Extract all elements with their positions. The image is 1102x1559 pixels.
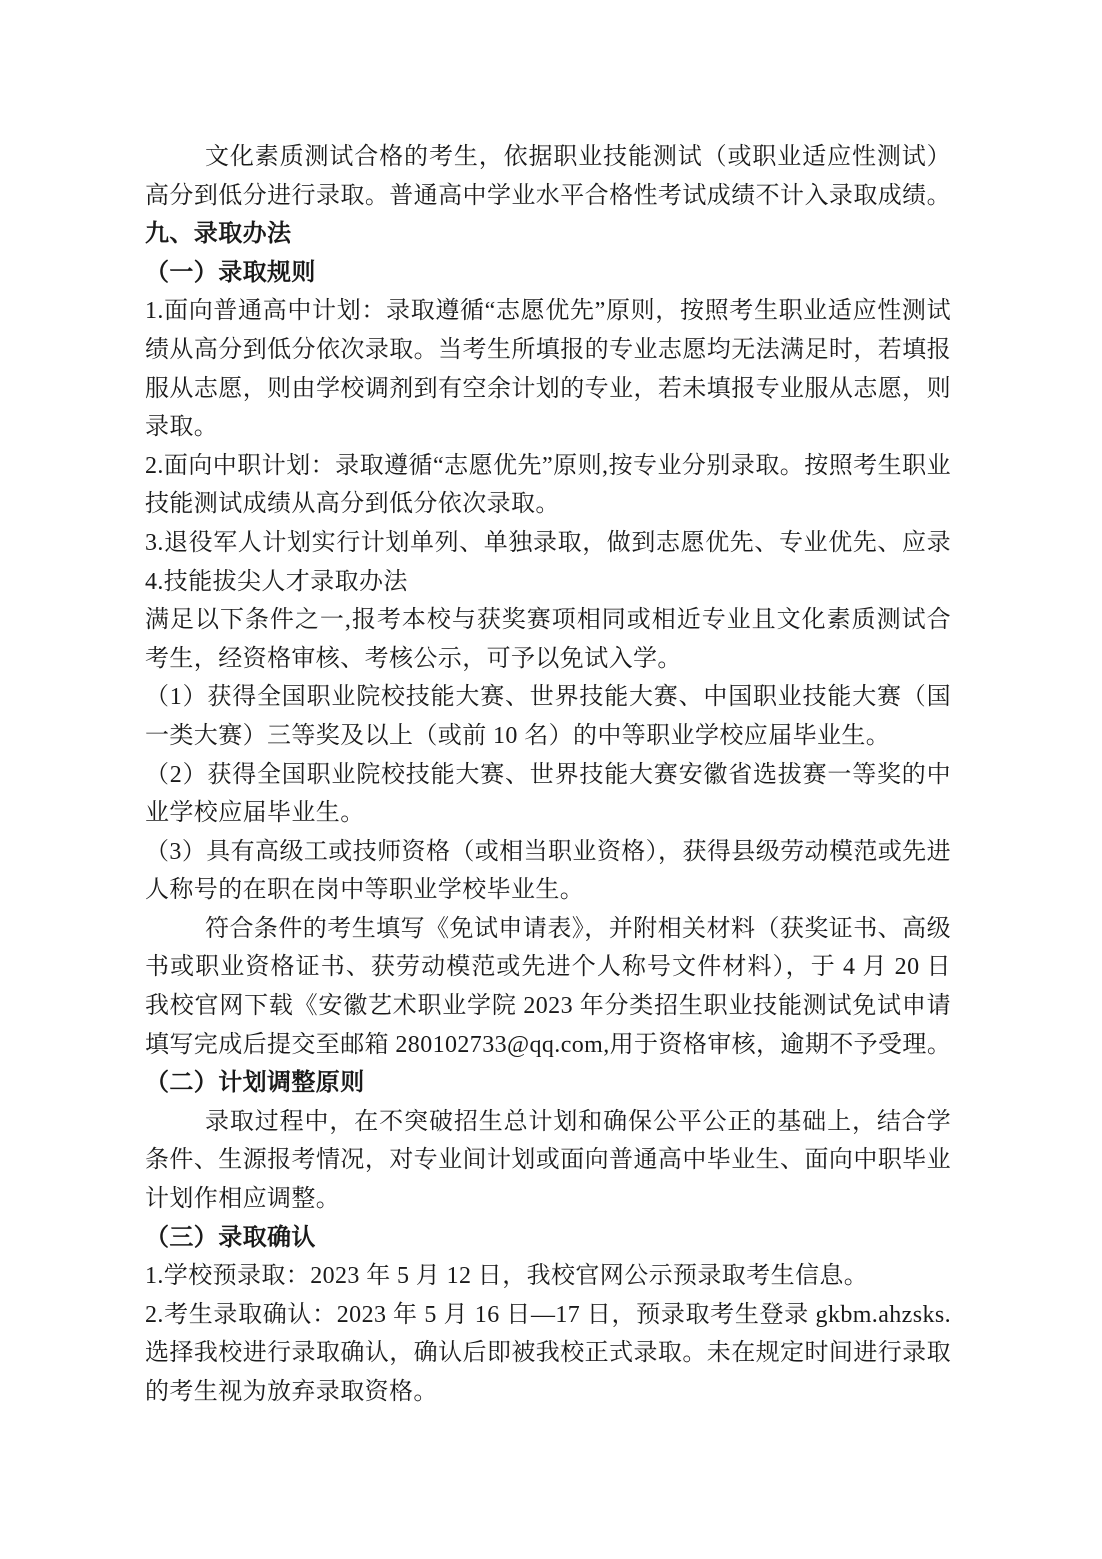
text-line: 考生，经资格审核、考核公示，可予以免试入学。 [145, 640, 951, 679]
section-heading: （一）录取规则 [145, 254, 951, 293]
text-line: 我校官网下载《安徽艺术职业学院 2023 年分类招生职业技能测试免试申请表》， [145, 987, 951, 1026]
text-line: 人称号的在职在岗中等职业学校毕业生。 [145, 871, 951, 910]
text-line: 1.学校预录取：2023 年 5 月 12 日，我校官网公示预录取考生信息。 [145, 1257, 951, 1296]
text-line: 1.面向普通高中计划：录取遵循“志愿优先”原则，按照考生职业适应性测试成 [145, 292, 951, 331]
text-line: 文化素质测试合格的考生，依据职业技能测试（或职业适应性测试）成绩由 [145, 138, 951, 177]
text-line: 一类大赛）三等奖及以上（或前 10 名）的中等职业学校应届毕业生。 [145, 717, 951, 756]
text-line: 书或职业资格证书、获劳动模范或先进个人称号文件材料），于 4 月 20 日前从 [145, 948, 951, 987]
text-line: 录取过程中，在不突破招生总计划和确保公平公正的基础上，结合学校办学 [145, 1103, 951, 1142]
text-line: 选择我校进行录取确认，确认后即被我校正式录取。未在规定时间进行录取确认 [145, 1334, 951, 1373]
text-line: 符合条件的考生填写《免试申请表》，并附相关材料（获奖证书、高级工证 [145, 910, 951, 949]
text-line: 业学校应届毕业生。 [145, 794, 951, 833]
section-heading: （二）计划调整原则 [145, 1064, 951, 1103]
text-line: 的考生视为放弃录取资格。 [145, 1373, 951, 1412]
text-line: 高分到低分进行录取。普通高中学业水平合格性考试成绩不计入录取成绩。 [145, 177, 951, 216]
text-line: 服从志愿，则由学校调剂到有空余计划的专业，若未填报专业服从志愿，则不予 [145, 370, 951, 409]
text-line: 技能测试成绩从高分到低分依次录取。 [145, 485, 951, 524]
text-line: 绩从高分到低分依次录取。当考生所填报的专业志愿均无法满足时，若填报专业 [145, 331, 951, 370]
text-line: 3.退役军人计划实行计划单列、单独录取，做到志愿优先、专业优先、应录尽录。 [145, 524, 951, 563]
document-content: 文化素质测试合格的考生，依据职业技能测试（或职业适应性测试）成绩由高分到低分进行… [145, 138, 951, 1412]
text-line: 满足以下条件之一,报考本校与获奖赛项相同或相近专业且文化素质测试合格的 [145, 601, 951, 640]
text-line: 2.考生录取确认：2023 年 5 月 16 日—17 日，预录取考生登录 gk… [145, 1296, 951, 1335]
text-line: 2.面向中职计划：录取遵循“志愿优先”原则,按专业分别录取。按照考生职业 [145, 447, 951, 486]
text-line: 填写完成后提交至邮箱 280102733@qq.com,用于资格审核，逾期不予受… [145, 1026, 951, 1065]
text-line: 录取。 [145, 408, 951, 447]
section-heading: （三）录取确认 [145, 1219, 951, 1258]
document-page: 文化素质测试合格的考生，依据职业技能测试（或职业适应性测试）成绩由高分到低分进行… [0, 0, 1102, 1559]
text-line: 条件、生源报考情况，对专业间计划或面向普通高中毕业生、面向中职毕业生间 [145, 1141, 951, 1180]
text-line: （1）获得全国职业院校技能大赛、世界技能大赛、中国职业技能大赛（国家级 [145, 678, 951, 717]
text-line: 计划作相应调整。 [145, 1180, 951, 1219]
section-heading: 九、录取办法 [145, 215, 951, 254]
text-line: （3）具有高级工或技师资格（或相当职业资格），获得县级劳动模范或先进个 [145, 833, 951, 872]
text-line: 4.技能拔尖人才录取办法 [145, 563, 951, 602]
text-line: （2）获得全国职业院校技能大赛、世界技能大赛安徽省选拔赛一等奖的中等职 [145, 756, 951, 795]
